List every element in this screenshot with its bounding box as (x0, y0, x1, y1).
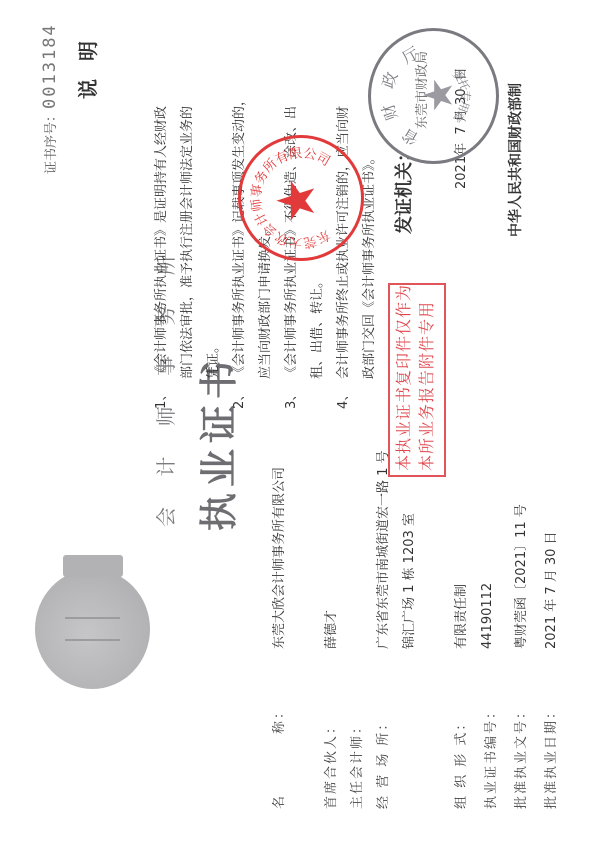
field-value-approval-date: 2021 年 7 月 30 日 (540, 531, 559, 649)
field-value-chief-partner: 薛德才 (320, 610, 339, 649)
field-value-approval-doc: 粤财莞函〔2021〕11 号 (510, 504, 529, 649)
firm-seal: ★ 东莞大欣会计师事务所有限公司 (238, 135, 364, 261)
certificate-page: 会 计 师 事 务 所 执业证书 名 称： 东莞大欣会计师事务所有限公司 首席合… (0, 0, 600, 849)
copy-use-stamp-line1: 本执业证书复印件仅作为 (392, 289, 415, 471)
note-1-line3: 凭证。 (202, 340, 221, 379)
firm-seal-text: 东莞大欣会计师事务所有限公司 (241, 138, 361, 258)
field-value-org-form: 有限责任制 (450, 584, 469, 649)
note-3-number: 3、 (280, 388, 299, 409)
serial-value: 0013184 (40, 23, 60, 109)
field-label-org-form: 组 织 形 式： (450, 716, 469, 809)
field-value-premises: 广东省东莞市南城街道宏一路 1 号 (372, 450, 391, 649)
instructions-title: 说明 (72, 23, 101, 99)
note-4-number: 4、 (332, 388, 351, 409)
note-1-line2: 部门依法审批，准予执行注册会计师法定业务的 (176, 106, 195, 379)
serial-number: 证书序号：0013184 (40, 23, 60, 174)
field-label-approval-date: 批准执业日期： (540, 704, 559, 809)
field-label-name: 名 称： (268, 704, 287, 809)
note-1-number: 1、 (150, 388, 169, 409)
copy-use-stamp: 本执业证书复印件仅作为 本所业务报告附件专用 (388, 283, 446, 477)
ministry-label: 中华人民共和国财政部制 (505, 83, 525, 237)
certificate-title: 执业证书 (188, 355, 243, 531)
field-value-name: 东莞大欣会计师事务所有限公司 (268, 467, 287, 649)
field-label-chief-accountant: 主任会计师： (346, 719, 365, 809)
copy-use-stamp-line2: 本所业务报告附件专用 (415, 289, 438, 471)
national-emblem (35, 569, 150, 689)
note-3-line2: 租、出借、转让。 (306, 275, 325, 379)
field-label-approval-doc: 批准执业文号： (510, 704, 529, 809)
field-label-chief-partner: 首席合伙人： (320, 719, 339, 809)
field-label-premises: 经 营 场 所： (372, 716, 391, 809)
note-1-line1: 《会计师事务所执业证书》是证明持有人经财政 (150, 106, 169, 379)
serial-label: 证书序号： (44, 109, 59, 174)
note-2-number: 2、 (228, 388, 247, 409)
field-value-cert-number: 44190112 (480, 583, 495, 649)
field-value-premises-line2: 锦汇广场 1 栋 1203 室 (398, 513, 417, 649)
government-seal: ★ 东莞市财政局 省财政厅委托专用章 (368, 28, 499, 164)
field-label-cert-number: 执业证书编号： (480, 704, 499, 809)
